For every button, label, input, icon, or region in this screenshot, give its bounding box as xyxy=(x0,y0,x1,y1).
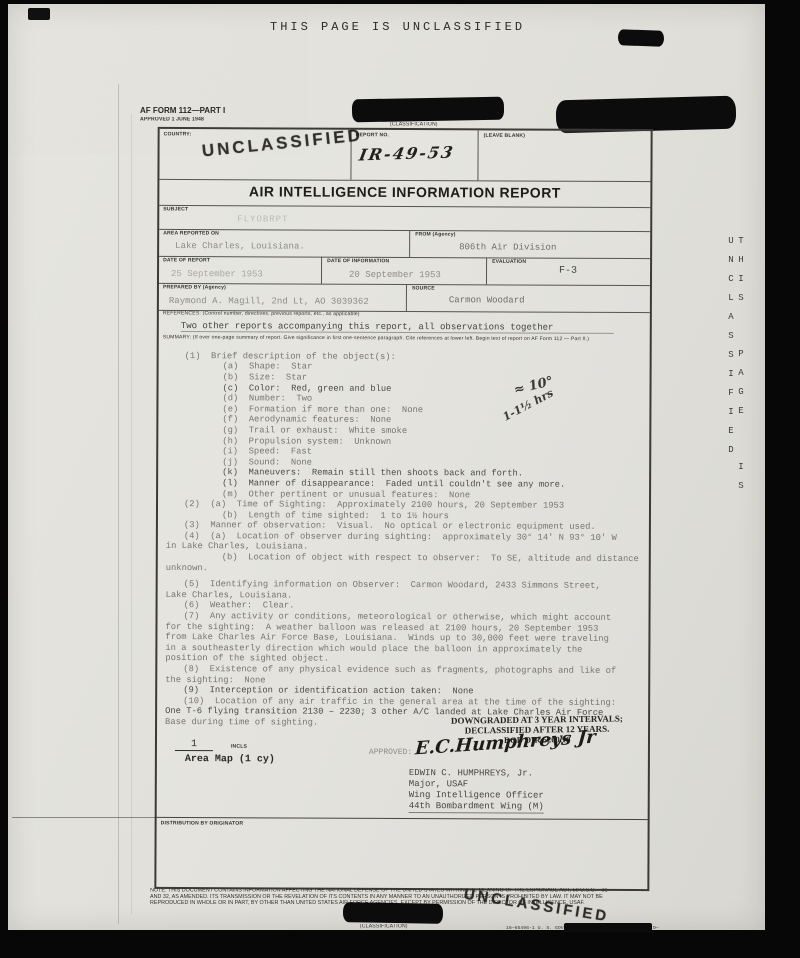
approver-block: EDWIN C. HUMPHREYS, Jr. Major, USAF Wing… xyxy=(409,768,544,814)
summary-line: (b) Location of object with respect to o… xyxy=(222,552,642,564)
area-reported-value: Lake Charles, Louisiana. xyxy=(175,241,305,252)
date-of-information-value: 20 September 1953 xyxy=(349,270,441,280)
subject-value: FLYOBRPT xyxy=(237,214,288,224)
form-row-subject: SUBJECT FLYOBRPT xyxy=(159,205,650,232)
prepared-by-value: Raymond A. Magill, 2nd Lt, AO 3039362 xyxy=(169,296,369,307)
subject-label: SUBJECT xyxy=(163,207,188,212)
scan-line-artifact xyxy=(12,817,157,818)
classification-caption-top: (CLASSIFICATION) xyxy=(390,122,438,127)
approver-title: Wing Intelligence Officer xyxy=(409,790,544,802)
enclosure-count: 1 xyxy=(175,739,213,751)
scan-artifact xyxy=(618,29,665,47)
summary-body: (1) Brief description of the object(s):(… xyxy=(163,319,643,730)
approver-unit: 44th Bombardment Wing (M) xyxy=(409,801,544,814)
enclosure-item: Area Map (1 cy) xyxy=(185,754,275,765)
date-of-report-value: 25 September 1953 xyxy=(171,269,263,279)
source-label: SOURCE xyxy=(412,286,435,291)
prepared-by-label: PREPARED BY (Agency) xyxy=(163,285,226,290)
report-no-value: IR-49-53 xyxy=(357,143,456,165)
distribution-label: DISTRIBUTION BY ORIGINATOR xyxy=(161,821,244,826)
classification-caption-bottom: (CLASSIFICATION) xyxy=(360,924,408,929)
form-row-area-from: AREA REPORTED ON Lake Charles, Louisiana… xyxy=(159,229,650,259)
scan-artifact xyxy=(28,8,50,20)
form-row-prepared-source: PREPARED BY (Agency) Raymond A. Magill, … xyxy=(159,283,650,313)
evaluation-label: EVALUATION xyxy=(492,259,526,264)
scanned-document: THIS PAGE IS UNCLASSIFIED THIS PAGE IS U… xyxy=(0,0,800,958)
source-value: Carmon Woodard xyxy=(449,295,525,305)
paper-sheet: THIS PAGE IS UNCLASSIFIED THIS PAGE IS U… xyxy=(8,4,765,930)
approved-label: APPROVED: xyxy=(369,748,412,757)
top-unclassified-banner: THIS PAGE IS UNCLASSIFIED xyxy=(270,20,525,34)
evaluation-value: F-3 xyxy=(559,266,577,277)
form-row-dates: DATE OF REPORT 25 September 1953 DATE OF… xyxy=(159,256,650,286)
date-of-information-label: DATE OF INFORMATION xyxy=(327,259,389,264)
leave-blank-label: (LEAVE BLANK) xyxy=(484,133,526,138)
date-of-report-label: DATE OF REPORT xyxy=(163,258,210,263)
from-agency-label: FROM (Agency) xyxy=(415,232,455,237)
paper-crease xyxy=(131,114,132,914)
area-reported-label: AREA REPORTED ON xyxy=(163,231,219,236)
classification-redaction-top-right xyxy=(556,96,737,134)
distribution-divider xyxy=(157,817,648,820)
country-label: COUNTRY: xyxy=(164,132,192,137)
paper-crease xyxy=(118,84,119,924)
air-intelligence-form: COUNTRY: REPORT NO. IR-49-53 (LEAVE BLAN… xyxy=(154,127,652,891)
printing-office-redaction xyxy=(564,923,652,932)
classification-redaction-bottom xyxy=(343,902,443,924)
references-label: REFERENCES: (Control number, directives,… xyxy=(163,311,360,317)
side-unclassified-banner: THIS PAGE IS UNCLASSIFIED xyxy=(726,236,746,576)
from-agency-value: 806th Air Division xyxy=(459,242,556,252)
classification-redaction-top xyxy=(352,97,504,123)
incls-label: INCLS xyxy=(231,744,247,749)
form-approved-note: APPROVED 1 JUNE 1948 xyxy=(140,117,204,122)
approver-name: EDWIN C. HUMPHREYS, Jr. xyxy=(409,768,544,780)
form-title: AIR INTELLIGENCE INFORMATION REPORT xyxy=(159,183,650,201)
form-row-title: AIR INTELLIGENCE INFORMATION REPORT xyxy=(159,179,650,208)
form-id: AF FORM 112—PART I xyxy=(140,106,225,115)
approver-rank: Major, USAF xyxy=(409,779,544,791)
